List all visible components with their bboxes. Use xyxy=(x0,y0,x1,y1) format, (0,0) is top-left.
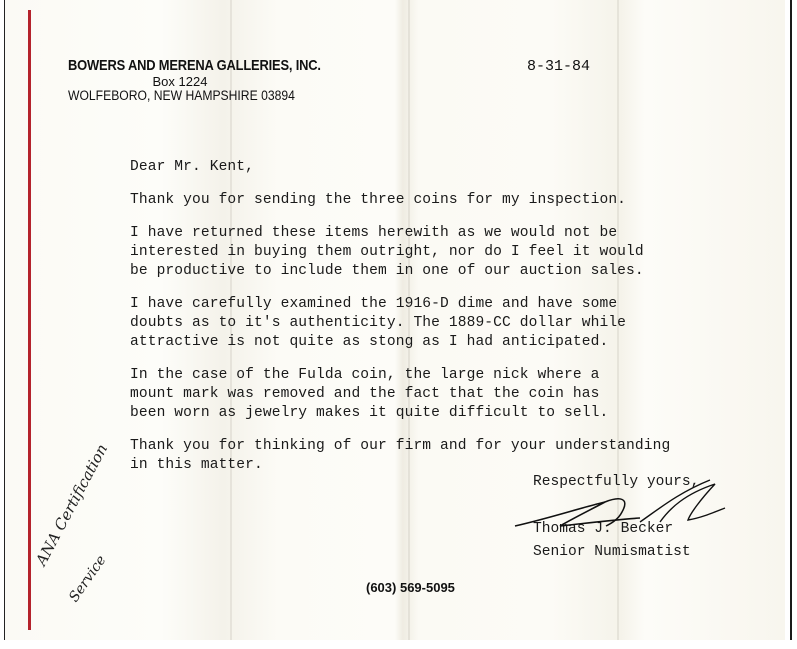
paragraph: I have returned these items herewith as … xyxy=(130,224,750,281)
margin-rule xyxy=(28,10,31,630)
signer-title: Senior Numismatist xyxy=(533,544,691,560)
paragraph: Thank you for thinking of our firm and f… xyxy=(130,437,750,475)
paragraph: In the case of the Fulda coin, the large… xyxy=(130,366,750,423)
letter-date: 8-31-84 xyxy=(527,58,590,75)
signature-icon xyxy=(510,478,730,538)
letter-body: Dear Mr. Kent, Thank you for sending the… xyxy=(130,158,750,489)
company-address: WOLFEBORO, NEW HAMPSHIRE 03894 xyxy=(68,88,333,103)
letterhead: BOWERS AND MERENA GALLERIES, INC. Box 12… xyxy=(68,57,362,103)
page-edge xyxy=(790,0,792,640)
paragraph: I have carefully examined the 1916-D dim… xyxy=(130,295,750,352)
company-box: Box 1224 xyxy=(0,74,362,89)
salutation: Dear Mr. Kent, xyxy=(130,158,750,177)
paragraph: Thank you for sending the three coins fo… xyxy=(130,191,750,210)
phone-number: (603) 569-5095 xyxy=(366,580,455,595)
company-name: BOWERS AND MERENA GALLERIES, INC. xyxy=(68,57,321,74)
